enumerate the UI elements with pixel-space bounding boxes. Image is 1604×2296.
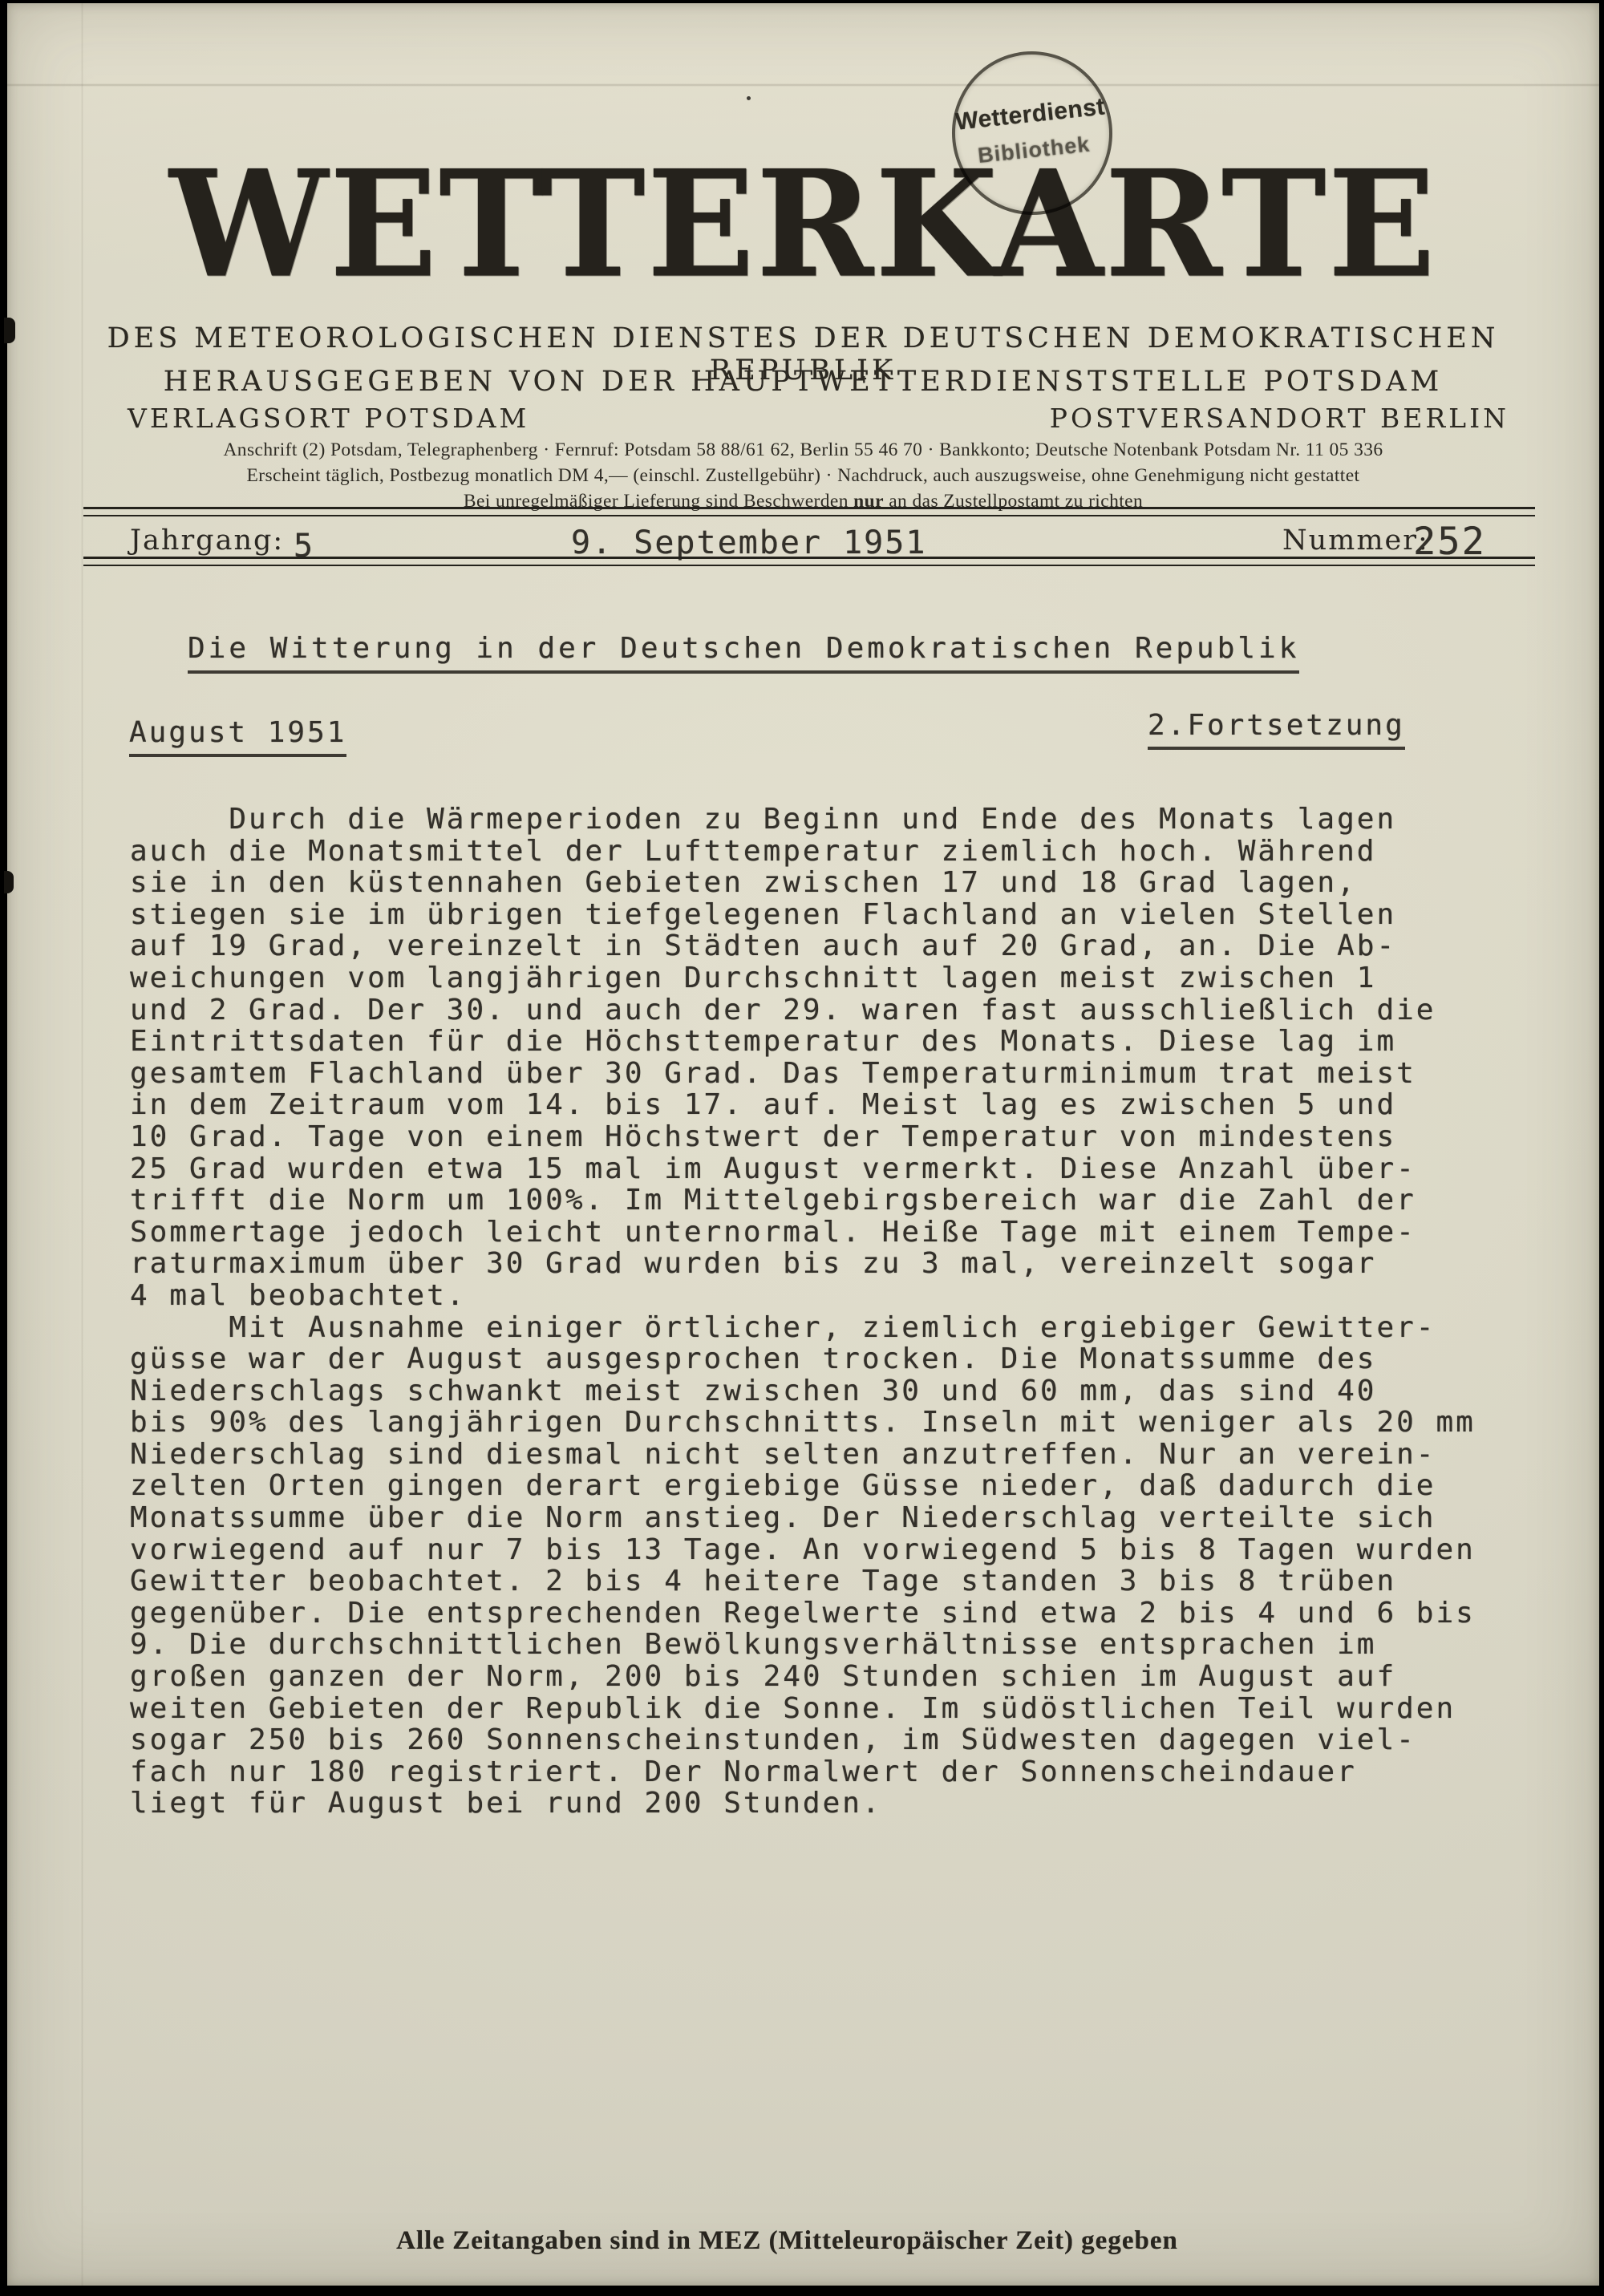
body-line: bis 90% des langjährigen Durchschnitts. …	[130, 1407, 1566, 1439]
publisher-location-right: POSTVERSANDORT BERLIN	[1050, 403, 1509, 434]
body-line: liegt für August bei rund 200 Stunden.	[130, 1788, 1566, 1820]
volume-label: Jahrgang:	[130, 524, 284, 557]
publisher-location-left: VERLAGSORT POTSDAM	[128, 403, 529, 434]
body-line: 25 Grad wurden etwa 15 mal im August ver…	[130, 1153, 1566, 1185]
article-body: Durch die Wärmeperioden zu Beginn und En…	[130, 804, 1566, 1820]
body-line: Gewitter beobachtet. 2 bis 4 heitere Tag…	[130, 1565, 1566, 1597]
body-line: Durch die Wärmeperioden zu Beginn und En…	[130, 804, 1566, 836]
article-subheading-month: August 1951	[129, 716, 346, 757]
body-line: Mit Ausnahme einiger örtlicher, ziemlich…	[130, 1312, 1566, 1344]
scan-artifact-mark	[4, 871, 14, 893]
imprint-line-1: Anschrift (2) Potsdam, Telegraphenberg ·…	[7, 438, 1599, 462]
scan-crease-line	[7, 83, 1599, 87]
body-line: 9. Die durchschnittlichen Bewölkungsverh…	[130, 1629, 1566, 1661]
body-line: weiten Gebieten der Republik die Sonne. …	[130, 1693, 1566, 1725]
body-line: weichungen vom langjährigen Durchschnitt…	[130, 962, 1566, 994]
body-line: Niederschlags schwankt meist zwischen 30…	[130, 1375, 1566, 1407]
footer-note: Alle Zeitangaben sind in MEZ (Mitteleuro…	[7, 2226, 1567, 2256]
masthead-subtitle-2: HERAUSGEGEBEN VON DER HAUPTWETTERDIENSTS…	[7, 366, 1599, 398]
body-line: fach nur 180 registriert. Der Normalwert…	[130, 1756, 1566, 1788]
body-line: auch die Monatsmittel der Lufttemperatur…	[130, 836, 1566, 868]
body-line: trifft die Norm um 100%. Im Mittelgebirg…	[130, 1184, 1566, 1217]
body-line: zelten Orten gingen derart ergiebige Güs…	[130, 1470, 1566, 1502]
body-line: güsse war der August ausgesprochen trock…	[130, 1343, 1566, 1375]
paper-sheet: Wetterdienst Bibliothek WETTERKARTE DES …	[7, 3, 1599, 2286]
body-line: sie in den küstennahen Gebieten zwischen…	[130, 867, 1566, 899]
body-line: stiegen sie im übrigen tiefgelegenen Fla…	[130, 899, 1566, 931]
horizontal-rule-bottom	[83, 557, 1535, 566]
scan-artifact-dot	[747, 96, 751, 100]
body-line: 4 mal beobachtet.	[130, 1280, 1566, 1312]
body-line: vorwiegend auf nur 7 bis 13 Tage. An vor…	[130, 1534, 1566, 1566]
masthead-title: WETTERKARTE	[7, 158, 1599, 291]
body-line: in dem Zeitraum vom 14. bis 17. auf. Mei…	[130, 1089, 1566, 1121]
body-line: 10 Grad. Tage von einem Höchstwert der T…	[130, 1121, 1566, 1153]
number-label: Nummer:	[1282, 524, 1429, 557]
scanned-weather-bulletin-page: Wetterdienst Bibliothek WETTERKARTE DES …	[0, 0, 1604, 2296]
body-line: Monatssumme über die Norm anstieg. Der N…	[130, 1502, 1566, 1534]
stamp-line-1: Wetterdienst	[952, 93, 1108, 136]
article-subheading-continuation: 2.Fortsetzung	[1148, 709, 1405, 750]
issue-bar: Jahrgang: 5 9. September 1951 Nummer: 25…	[83, 520, 1535, 557]
stamp-line-2: Bibliothek	[956, 130, 1112, 171]
body-line: raturmaximum über 30 Grad wurden bis zu …	[130, 1248, 1566, 1280]
horizontal-rule-top	[83, 507, 1535, 516]
body-line: Eintrittsdaten für die Höchsttemperatur …	[130, 1026, 1566, 1058]
imprint-line-2: Erscheint täglich, Postbezug monatlich D…	[7, 464, 1599, 488]
body-line: gegenüber. Die entsprechenden Regelwerte…	[130, 1597, 1566, 1630]
body-line: und 2 Grad. Der 30. und auch der 29. war…	[130, 994, 1566, 1027]
body-line: gesamtem Flachland über 30 Grad. Das Tem…	[130, 1058, 1566, 1090]
body-line: Niederschlag sind diesmal nicht selten a…	[130, 1439, 1566, 1471]
body-line: großen ganzen der Norm, 200 bis 240 Stun…	[130, 1661, 1566, 1693]
body-line: auf 19 Grad, vereinzelt in Städten auch …	[130, 930, 1566, 962]
body-line: sogar 250 bis 260 Sonnenscheinstunden, i…	[130, 1724, 1566, 1756]
body-line: Sommertage jedoch leicht unternormal. He…	[130, 1217, 1566, 1249]
article-heading: Die Witterung in der Deutschen Demokrati…	[188, 632, 1299, 674]
